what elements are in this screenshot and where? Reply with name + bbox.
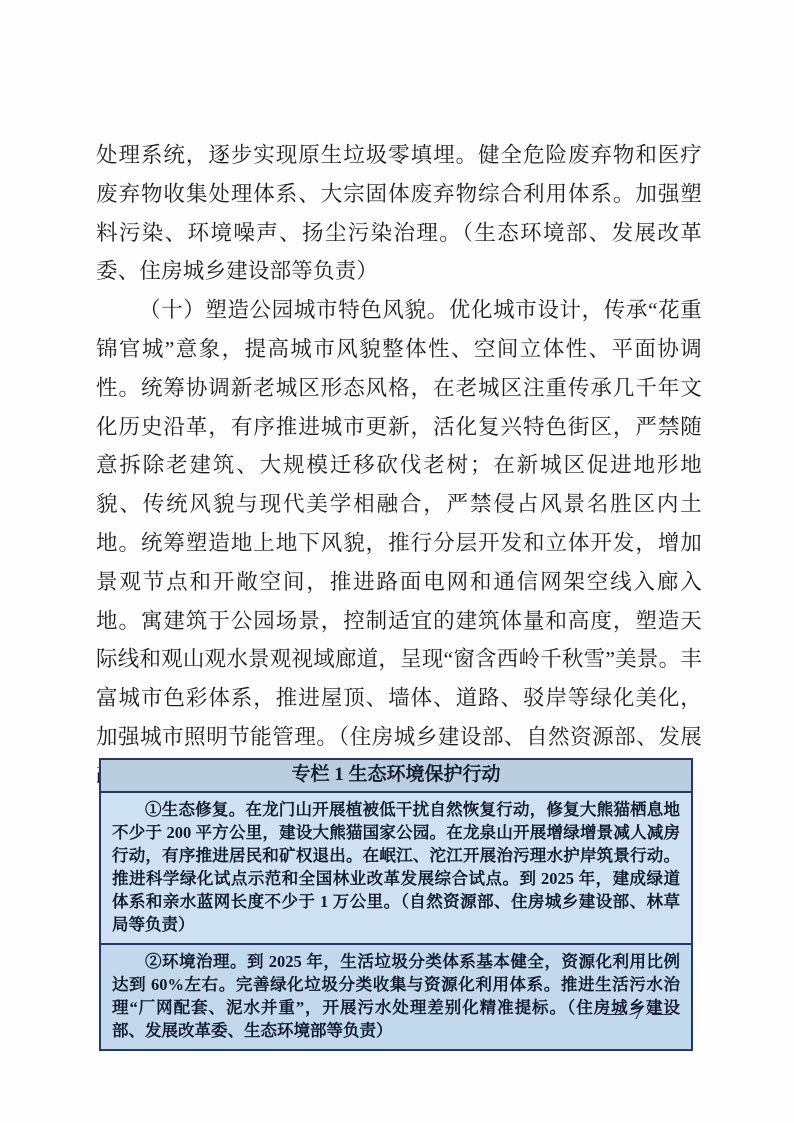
body-paragraph-continuation: 处理系统，逐步实现原生垃圾零填埋。健全危险废弃物和医疗废弃物收集处理体系、大宗固… bbox=[96, 136, 702, 291]
callout-box-item-ecological-restoration: ①生态修复。在龙门山开展植被低干扰自然恢复行动，修复大熊猫栖息地不少于 200 … bbox=[101, 793, 691, 945]
body-paragraph-item-ten: （十）塑造公园城市特色风貌。优化城市设计，传承“花重锦官城”意象，提高城市风貌整… bbox=[96, 291, 702, 795]
callout-box-item-environmental-governance: ②环境治理。到 2025 年，生活垃圾分类体系基本健全，资源化利用比例达到 60… bbox=[101, 945, 691, 1049]
document-page: 处理系统，逐步实现原生垃圾零填埋。健全危险废弃物和医疗废弃物收集处理体系、大宗固… bbox=[0, 0, 794, 1123]
page-number: — 7 — bbox=[604, 1002, 674, 1025]
document-body: 处理系统，逐步实现原生垃圾零填埋。健全危险废弃物和医疗废弃物收集处理体系、大宗固… bbox=[96, 136, 702, 796]
callout-box-title: 专栏 1 生态环境保护行动 bbox=[101, 760, 691, 793]
